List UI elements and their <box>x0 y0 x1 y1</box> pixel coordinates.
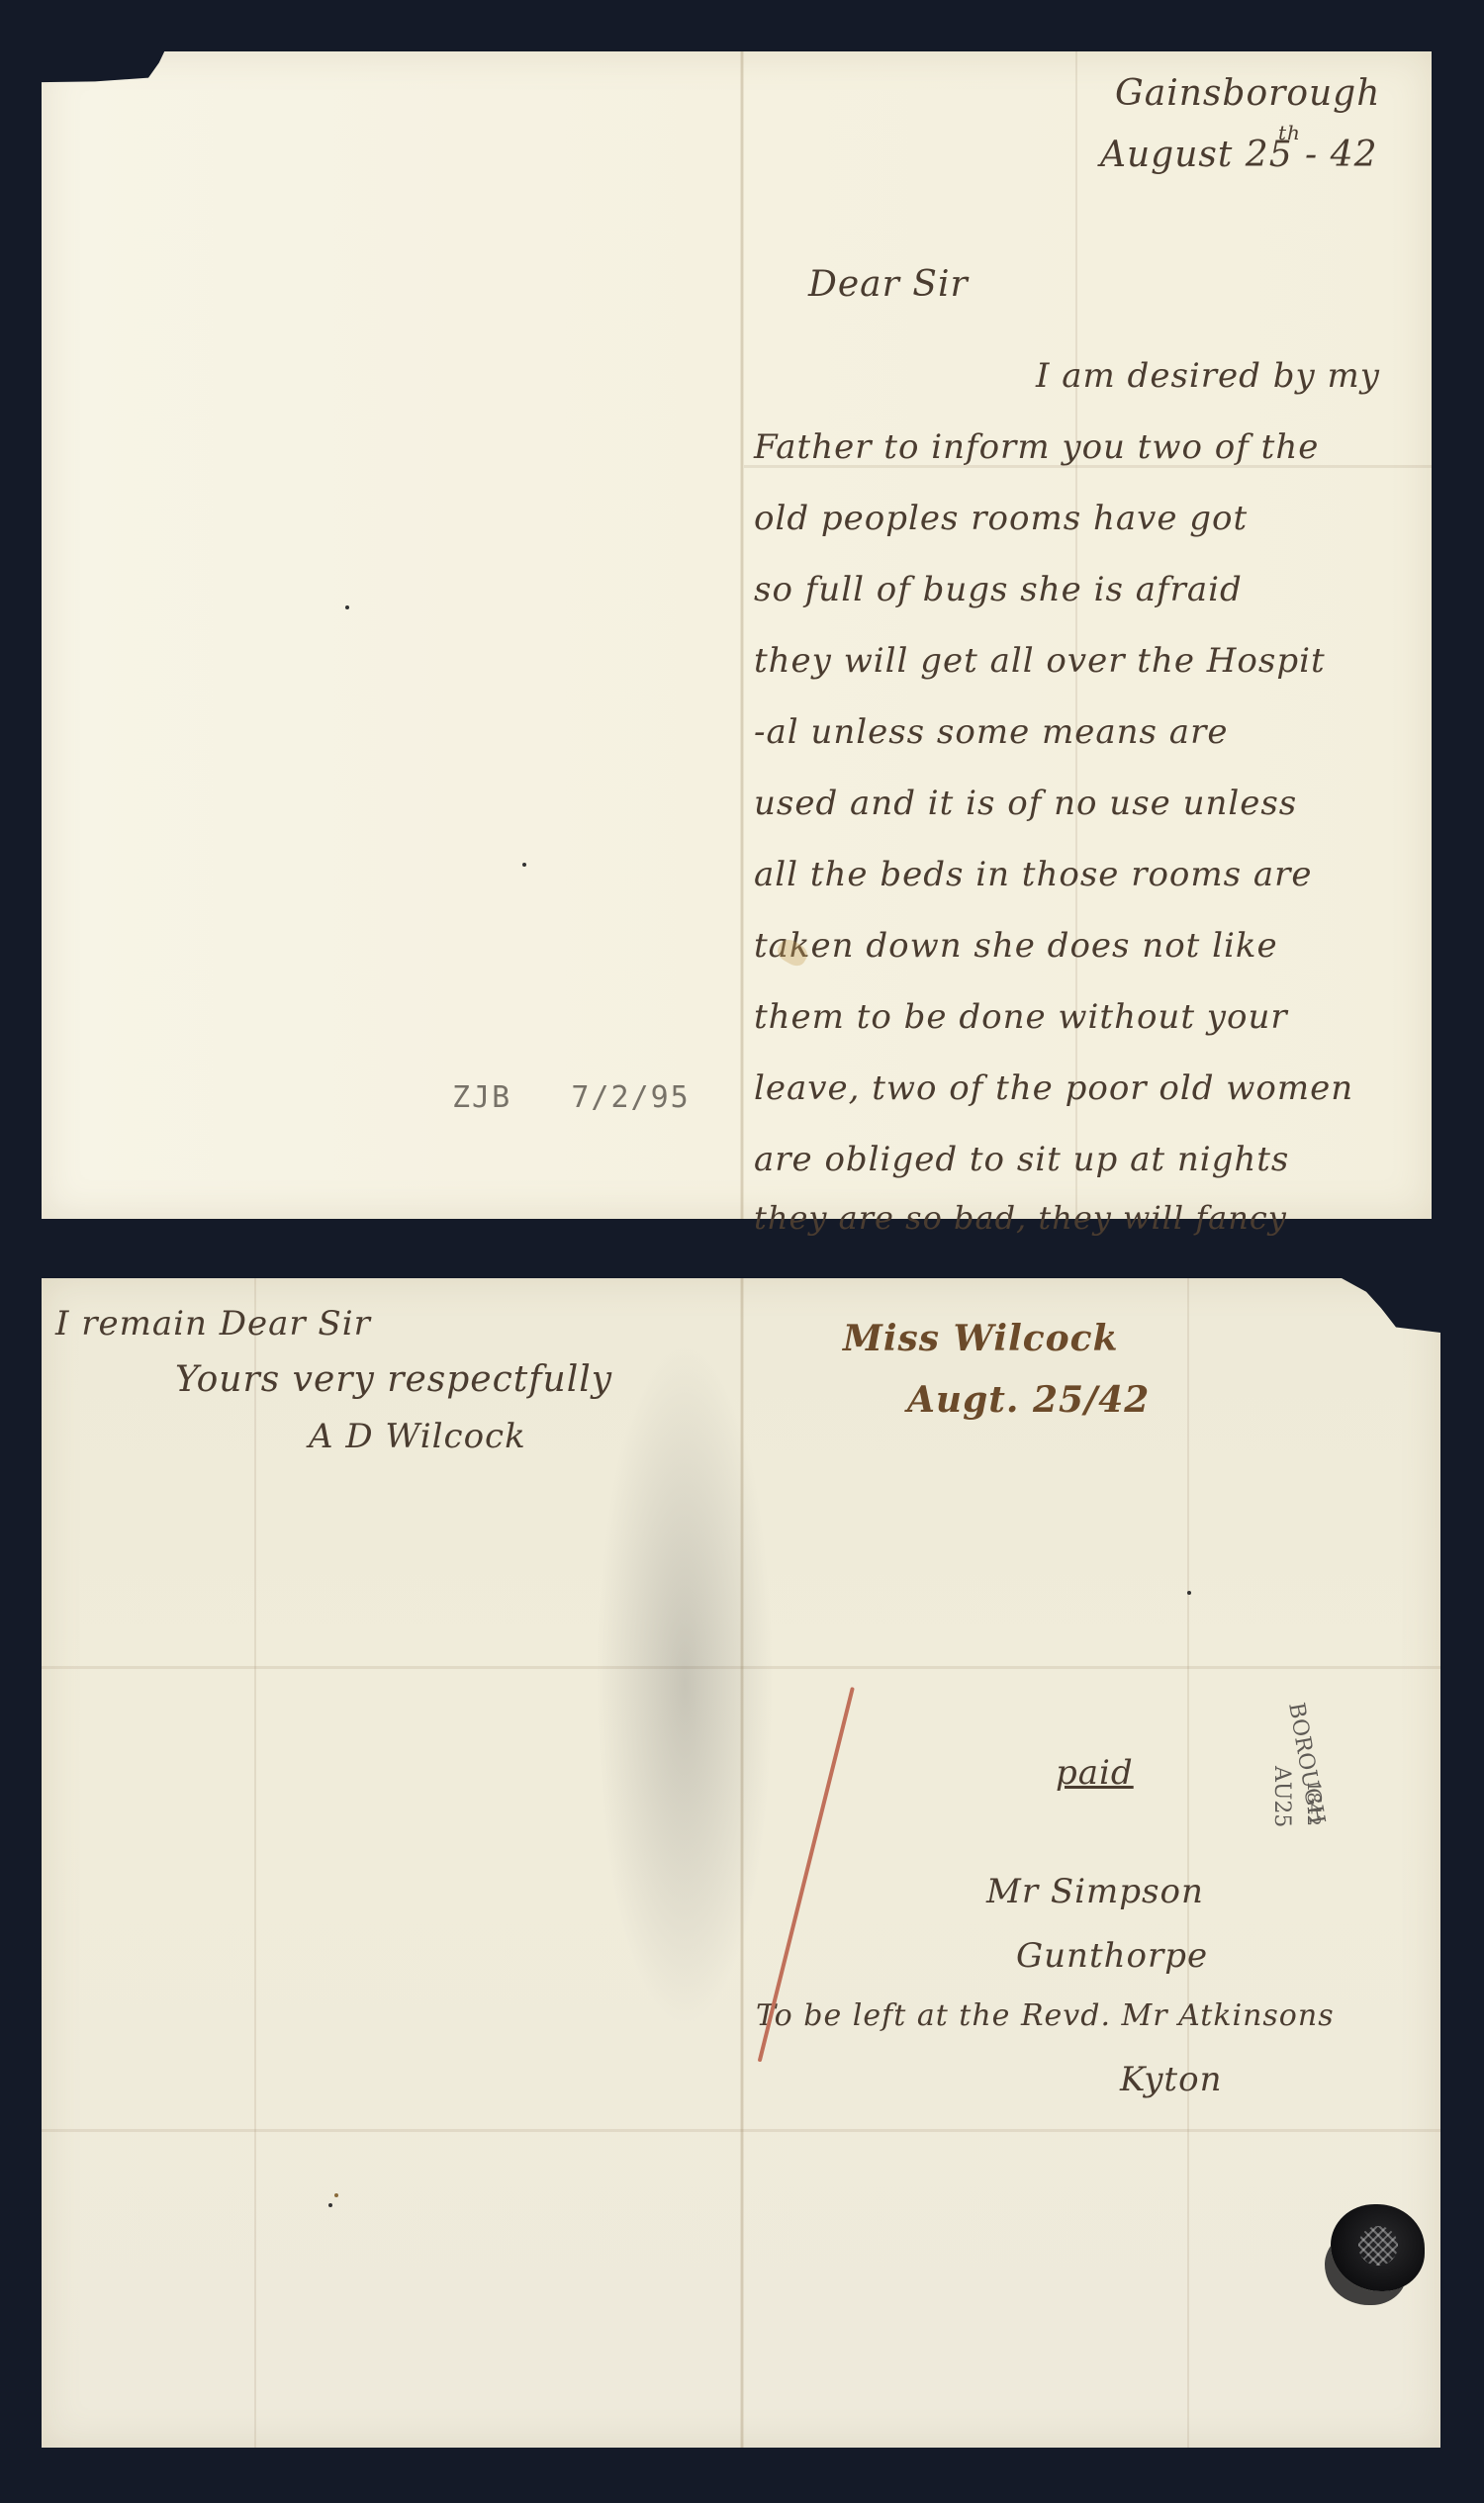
seal-crest-icon <box>1358 2226 1398 2266</box>
archive-date: 7/2/95 <box>571 1080 690 1115</box>
vertical-fold <box>254 1278 256 2448</box>
ink-smudge <box>596 1338 774 2030</box>
place-heading: Gainsborough <box>1115 73 1380 114</box>
torn-corner <box>1342 1278 1440 1333</box>
address-name: Mr Simpson <box>986 1872 1204 1911</box>
body-line: so full of bugs she is afraid <box>754 570 1243 609</box>
closing-phrase: Yours very respectfully <box>175 1359 612 1400</box>
vertical-fold <box>1075 51 1077 1219</box>
vertical-fold <box>1187 1278 1189 2448</box>
letter-page-bottom: I remain Dear Sir Yours very respectfull… <box>42 1278 1440 2448</box>
address-instruction: To be left at the Revd. Mr Atkinsons <box>756 1998 1335 2033</box>
ink-spot <box>522 863 526 867</box>
docket-date: Augt. 25/42 <box>907 1379 1150 1421</box>
body-line: them to be done without your <box>754 997 1288 1037</box>
postmark-stamp: BOROUGH AU25 1842 <box>1225 1712 1388 1875</box>
ink-spot <box>345 605 349 609</box>
letter-page-top: ZJB 7/2/95 Gainsborough th August 25 - 4… <box>42 51 1432 1219</box>
salutation: Dear Sir <box>808 264 969 305</box>
archive-initials: ZJB <box>452 1080 511 1115</box>
closing-line: I remain Dear Sir <box>55 1304 371 1344</box>
body-line: I am desired by my <box>1036 356 1380 396</box>
signature: A D Wilcock <box>309 1417 526 1456</box>
postmark-year: 1842 <box>1303 1781 1324 1826</box>
body-line: Father to inform you two of the <box>754 427 1319 467</box>
docket-name: Miss Wilcock <box>843 1318 1119 1359</box>
paid-mark: paid <box>1056 1753 1134 1793</box>
archive-pencil-note: ZJB 7/2/95 <box>452 1080 691 1115</box>
letter-date: August 25 - 42 <box>1100 135 1377 175</box>
body-line: taken down she does not like <box>754 926 1278 966</box>
center-fold <box>740 51 744 1219</box>
body-line: they will get all over the Hospit <box>754 641 1326 681</box>
body-line: used and it is of no use unless <box>754 784 1297 823</box>
torn-corner <box>42 51 175 89</box>
body-line: old peoples rooms have got <box>754 499 1248 538</box>
body-line: all the beds in those rooms are <box>754 855 1313 894</box>
horizontal-fold <box>42 2129 1440 2132</box>
address-place: Gunthorpe <box>1016 1936 1208 1976</box>
address-town: Kyton <box>1120 2060 1222 2099</box>
body-line: are obliged to sit up at nights <box>754 1140 1289 1179</box>
ink-spot <box>1187 1591 1191 1595</box>
body-line: -al unless some means are <box>754 712 1228 752</box>
ink-spot <box>328 2203 332 2207</box>
postmark-date: AU25 <box>1269 1766 1294 1827</box>
body-line: they are so bad, they will fancy <box>754 1199 1287 1237</box>
body-line: leave, two of the poor old women <box>754 1068 1353 1108</box>
ink-spot <box>334 2193 338 2197</box>
